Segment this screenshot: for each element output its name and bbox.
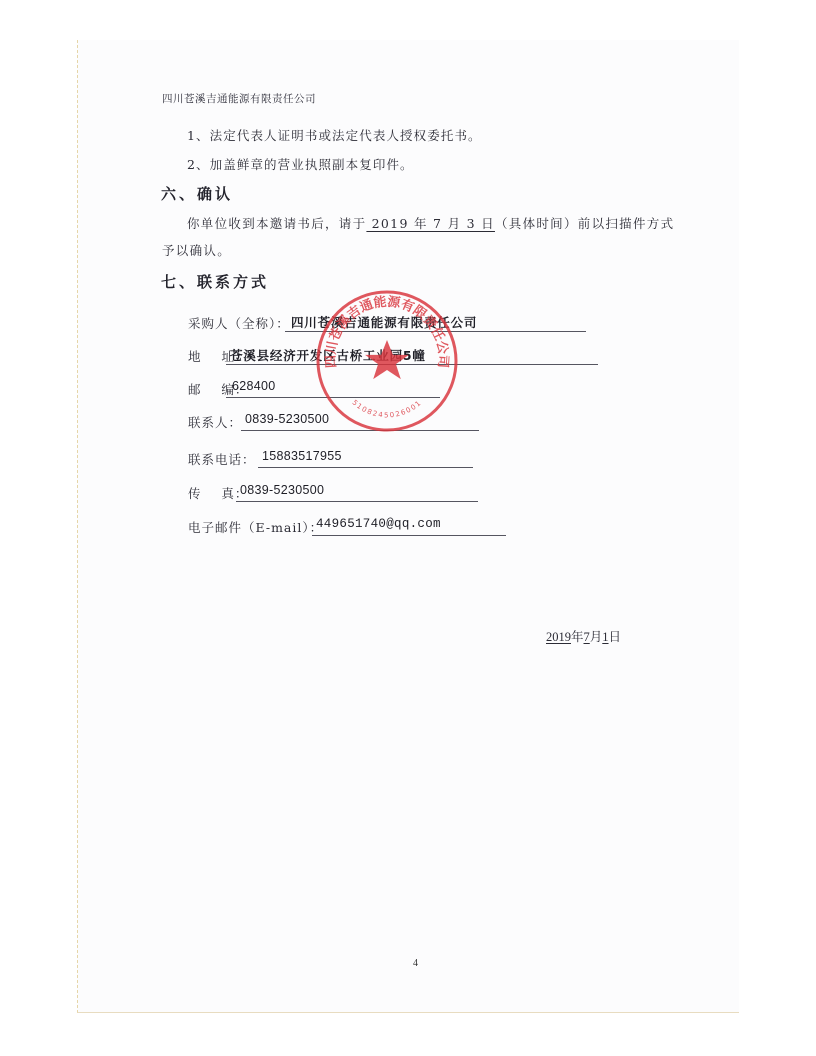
confirm-paragraph: 你单位收到本邀请书后，请于 2019 年 7 月 3 日（具体时间）前以扫描件方…: [187, 214, 674, 232]
date-month-suffix: 月: [590, 630, 603, 644]
field-address: 地 址： 苍溪县经济开发区古桥工业园5幢: [188, 347, 248, 365]
field-contact-person-value: 0839-5230500: [245, 412, 329, 426]
field-address-value: 苍溪县经济开发区古桥工业园5幢: [230, 346, 426, 364]
field-fax-value: 0839-5230500: [240, 483, 324, 497]
requirement-item-1: 1、法定代表人证明书或法定代表人授权委托书。: [187, 126, 482, 144]
field-email-underline: [312, 535, 506, 536]
date-year-suffix: 年: [571, 630, 584, 644]
field-address-underline: [226, 364, 598, 365]
field-contact-person-underline: [241, 430, 479, 431]
field-email-value: 449651740@qq.com: [316, 517, 441, 531]
field-phone-value: 15883517955: [262, 449, 342, 463]
section-title-confirm: 六、确认: [161, 183, 233, 204]
page-number: 4: [413, 958, 418, 969]
field-phone-label: 联系电话：: [188, 450, 256, 468]
field-phone-underline: [258, 467, 473, 468]
field-purchaser-underline: [285, 331, 586, 332]
field-purchaser: 采购人（全称）： 四川苍溪吉通能源有限责任公司: [188, 314, 290, 332]
section-title-contact: 七、联系方式: [161, 271, 269, 292]
field-fax: 传 真： 0839-5230500: [188, 484, 248, 502]
field-email-label: 电子邮件（E-mail）：: [188, 518, 323, 536]
confirm-suffix: （具体时间）前以扫描件方式: [495, 216, 674, 231]
field-postcode-underline: [226, 397, 440, 398]
field-purchaser-value: 四川苍溪吉通能源有限责任公司: [291, 313, 477, 331]
date-year: 2019: [546, 630, 571, 644]
field-purchaser-label: 采购人（全称）：: [188, 314, 290, 332]
field-contact-person: 联系人： 0839-5230500: [188, 413, 242, 431]
field-contact-person-label: 联系人：: [188, 413, 242, 431]
signature-date: 2019年7月1日: [546, 627, 621, 645]
field-phone: 联系电话： 15883517955: [188, 450, 256, 468]
field-fax-underline: [236, 501, 478, 502]
requirement-item-2: 2、加盖鲜章的营业执照副本复印件。: [187, 155, 414, 173]
confirm-prefix: 你单位收到本邀请书后，请于: [187, 216, 366, 231]
confirm-deadline: 2019 年 7 月 3 日: [366, 216, 495, 231]
header-company-name: 四川苍溪吉通能源有限责任公司: [162, 91, 316, 106]
field-email: 电子邮件（E-mail）： 449651740@qq.com: [188, 518, 323, 536]
field-postcode: 邮 编： 628400: [188, 380, 248, 398]
date-day-suffix: 日: [609, 630, 622, 644]
confirm-paragraph-line2: 予以确认。: [162, 241, 231, 259]
field-postcode-value: 628400: [232, 379, 276, 393]
